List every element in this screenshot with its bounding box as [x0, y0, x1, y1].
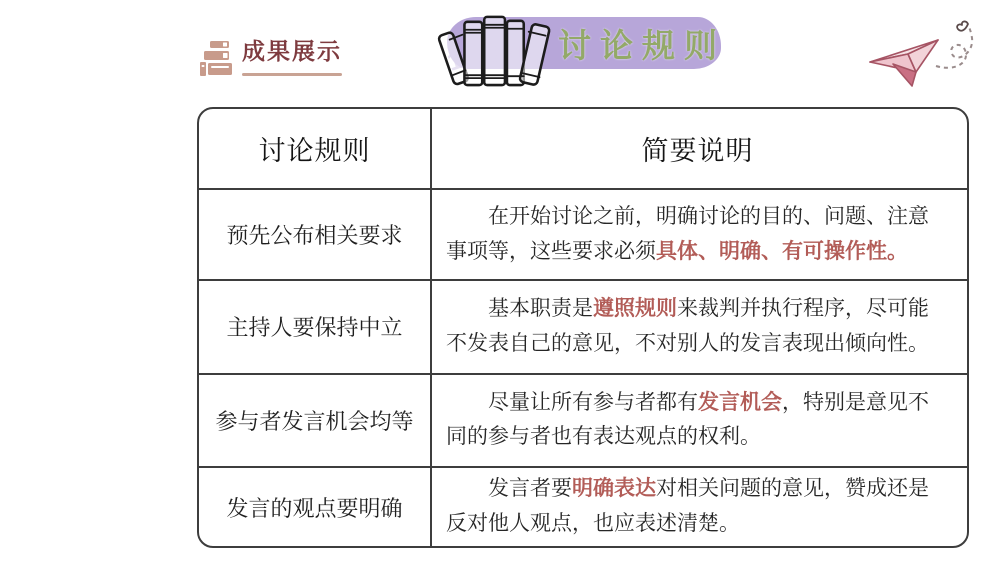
- paper-plane-icon: [860, 8, 992, 100]
- desc-cell: 在开始讨论之前，明确讨论的目的、问题、注意事项等，这些要求必须具体、明确、有可操…: [432, 190, 967, 279]
- desc-text: 基本职责是: [488, 297, 593, 320]
- rule-cell: 发言的观点要明确: [199, 468, 432, 546]
- highlight-text: 具体、明确、有可操作性。: [656, 240, 908, 263]
- desc-paragraph: 基本职责是遵照规则来裁判并执行程序，尽可能不发表自己的意见，不对别人的发言表现出…: [446, 292, 949, 362]
- table-row: 发言的观点要明确 发言者要明确表达对相关问题的意见，赞成还是反对他人观点，也应表…: [199, 466, 967, 546]
- desc-text: 尽量让所有参与者都有: [488, 391, 698, 414]
- desc-cell: 发言者要明确表达对相关问题的意见，赞成还是反对他人观点，也应表述清楚。: [432, 468, 967, 546]
- highlight-text: 发言机会: [698, 391, 782, 414]
- page-title: 讨论规则: [558, 20, 726, 67]
- desc-paragraph: 尽量让所有参与者都有发言机会，特别是意见不同的参与者也有表达观点的权利。: [446, 386, 949, 456]
- section-brand: 成果展示: [199, 38, 342, 80]
- desc-cell: 基本职责是遵照规则来裁判并执行程序，尽可能不发表自己的意见，不对别人的发言表现出…: [432, 281, 967, 373]
- rule-cell: 主持人要保持中立: [199, 281, 432, 373]
- desc-cell: 尽量让所有参与者都有发言机会，特别是意见不同的参与者也有表达观点的权利。: [432, 375, 967, 467]
- highlight-text: 遵照规则: [593, 297, 677, 320]
- rule-cell: 预先公布相关要求: [199, 190, 432, 279]
- highlight-text: 明确表达: [572, 477, 656, 500]
- table-row: 预先公布相关要求 在开始讨论之前，明确讨论的目的、问题、注意事项等，这些要求必须…: [199, 188, 967, 279]
- column-header-desc: 简要说明: [432, 109, 967, 188]
- book-stack-icon: [199, 38, 235, 80]
- desc-paragraph: 发言者要明确表达对相关问题的意见，赞成还是反对他人观点，也应表述清楚。: [446, 472, 949, 542]
- table-header-row: 讨论规则 简要说明: [199, 109, 967, 188]
- rule-cell: 参与者发言机会均等: [199, 375, 432, 467]
- section-underline: [242, 73, 342, 76]
- books-illustration: 1 2 3 4 5: [433, 8, 571, 92]
- title-banner: 1 2 3 4 5 讨论规则: [433, 6, 733, 94]
- rules-table: 讨论规则 简要说明 预先公布相关要求 在开始讨论之前，明确讨论的目的、问题、注意…: [197, 107, 969, 548]
- desc-paragraph: 在开始讨论之前，明确讨论的目的、问题、注意事项等，这些要求必须具体、明确、有可操…: [446, 200, 949, 270]
- table-row: 参与者发言机会均等 尽量让所有参与者都有发言机会，特别是意见不同的参与者也有表达…: [199, 373, 967, 467]
- section-label: 成果展示: [242, 38, 342, 66]
- desc-text: 发言者要: [488, 477, 572, 500]
- slide: 成果展示 1 2 3 4 5: [0, 0, 1000, 563]
- table-row: 主持人要保持中立 基本职责是遵照规则来裁判并执行程序，尽可能不发表自己的意见，不…: [199, 279, 967, 373]
- column-header-rule: 讨论规则: [199, 109, 432, 188]
